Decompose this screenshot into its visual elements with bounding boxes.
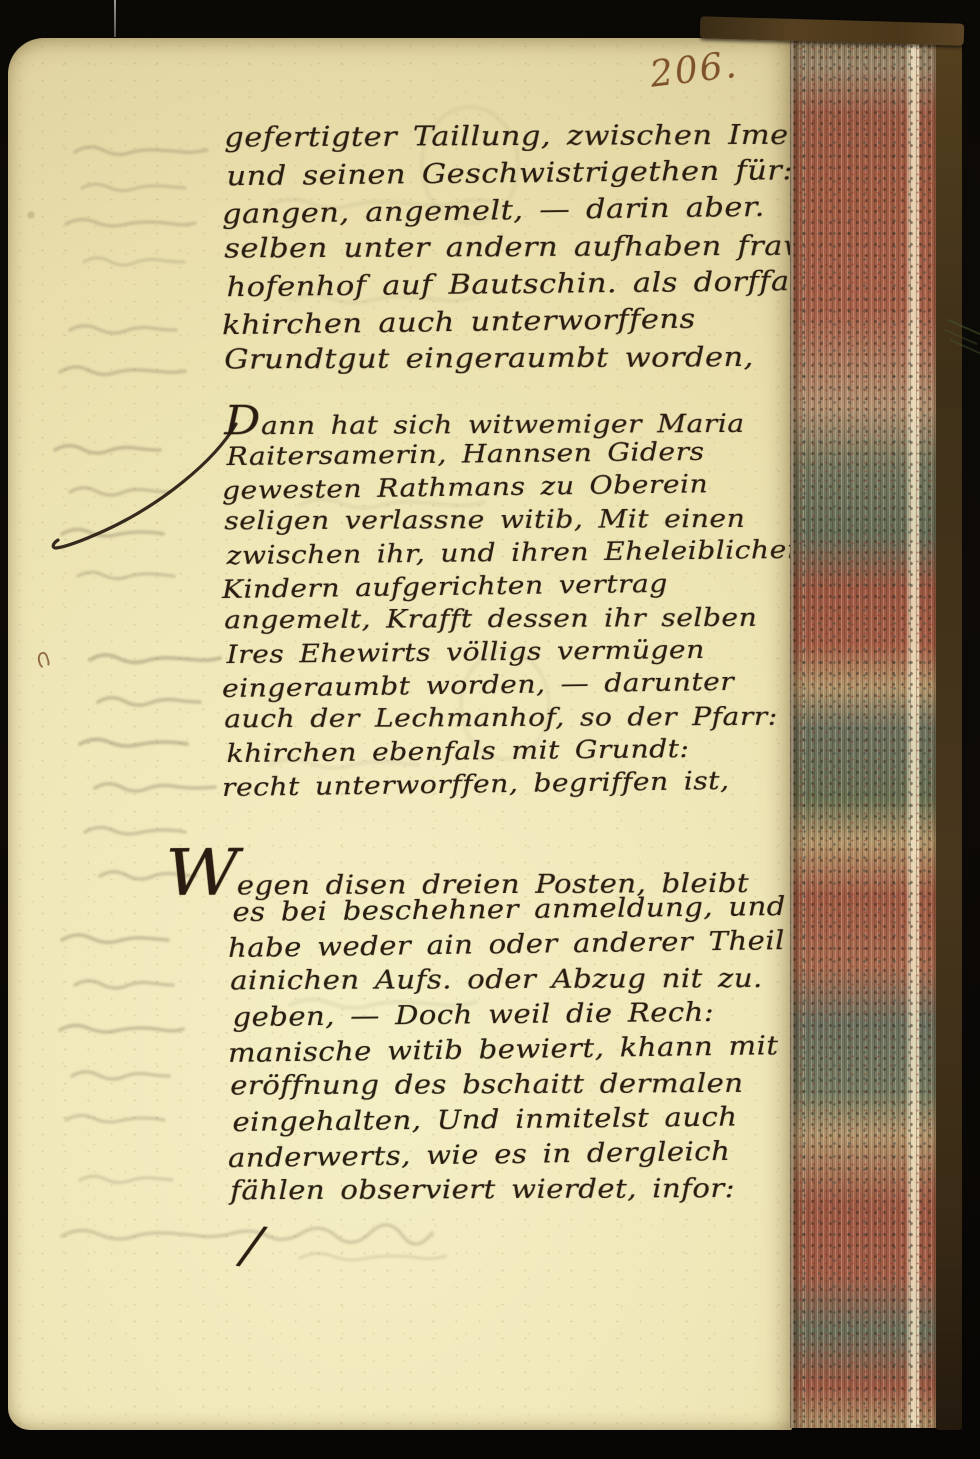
manuscript-line: eröffnung des bschaitt dermalen	[230, 1067, 787, 1105]
manuscript-line: Wegen disen dreien Posten, bleibt	[230, 857, 787, 895]
manuscript-line: gefertigter Taillung, zwischen Ime.	[224, 117, 828, 157]
bookmark-threads	[946, 326, 980, 374]
manuscript-line: angemelt, Krafft dessen ihr selben	[224, 601, 803, 637]
manuscript-line: manische witib bewiert, khann mit	[228, 1029, 785, 1072]
manuscript-line: Kindern aufgerichten vertrag	[222, 565, 801, 606]
book-cover-edge	[936, 24, 962, 1430]
manuscript-line: Dann hat sich witwemiger Maria	[224, 403, 803, 439]
manuscript-line: gangen, angemelt, — darin aber.	[222, 188, 826, 233]
manuscript-line: eingeraumbt worden, — darunter	[222, 664, 801, 705]
book-fore-edge	[790, 30, 938, 1428]
manuscript-line: ainichen Aufs. oder Abzug nit zu.	[230, 962, 787, 1000]
manuscript-line: habe weder ain oder anderer Theil	[228, 924, 785, 967]
photo-background: 206. gefertigter Taillung, zwischen Ime.…	[0, 0, 980, 1459]
manuscript-line: selben unter andern aufhaben fraw:	[224, 228, 828, 268]
photo-artifact-line	[114, 0, 116, 37]
manuscript-line: auch der Lechmanhof, so der Pfarr:	[224, 700, 803, 736]
manuscript-line: seligen verlassne witib, Mit einen	[224, 502, 803, 538]
manuscript-line: Grundtgut eingeraumbt worden,	[224, 339, 828, 379]
manuscript-line: khirchen auch unterworffens	[222, 299, 826, 344]
paragraph-3: Wegen disen dreien Posten, bleibtes bei …	[228, 858, 785, 1208]
manuscript-line: recht unterworffen, begriffen ist,	[222, 763, 801, 804]
paragraph-1: gefertigter Taillung, zwischen Ime.und s…	[222, 118, 826, 377]
manuscript-line: fählen observiert wierdet, infor:	[230, 1172, 787, 1210]
manuscript-line: gewesten Rathmans zu Oberein	[222, 466, 801, 507]
manuscript-line: anderwerts, wie es in dergleich	[228, 1134, 785, 1177]
paragraph-2: Dann hat sich witwemiger MariaRaitersame…	[222, 404, 801, 800]
